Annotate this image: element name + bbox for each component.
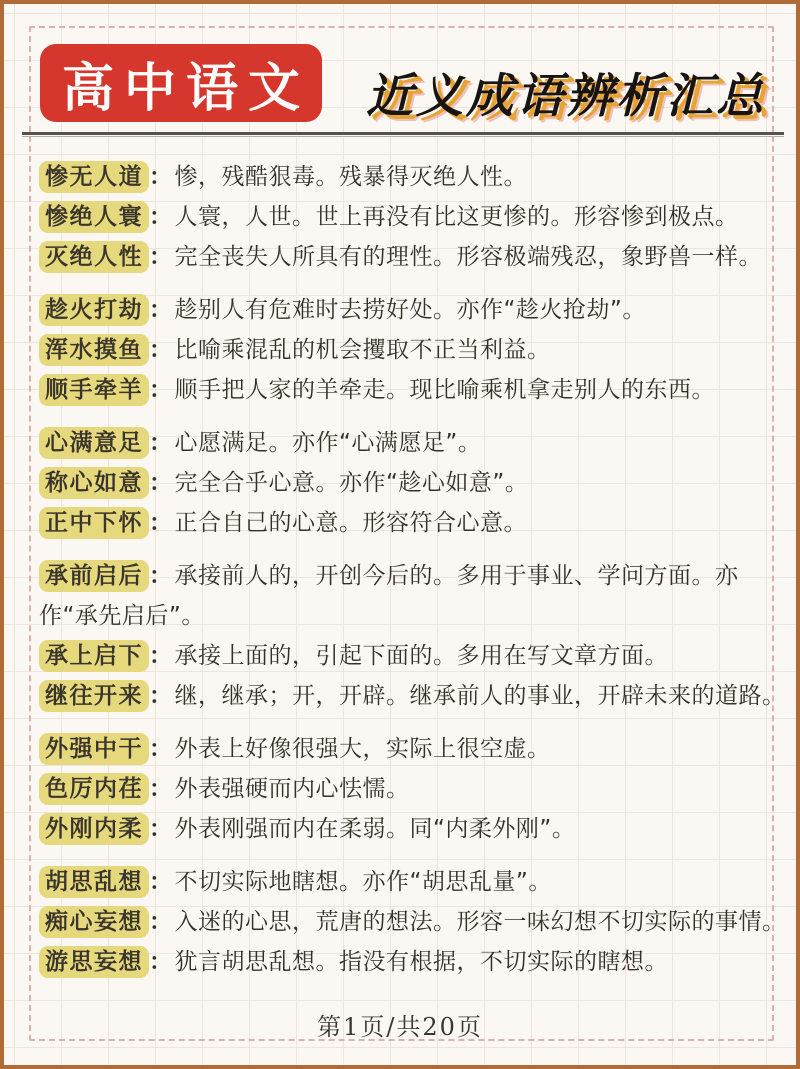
study-sheet-page: 高中语文 近义成语辨析汇总 惨无人道：惨，残酷狠毒。残暴得灭绝人性。 惨绝人寰：… xyxy=(0,0,800,1069)
header-divider xyxy=(22,132,784,137)
idiom-term: 顺手牵羊 xyxy=(39,374,149,406)
separator-colon: ： xyxy=(149,510,175,536)
idiom-entry: 承前启后：承接前人的，开创今后的。多用于事业、学问方面。亦作“承先启后”。 xyxy=(39,556,791,636)
idiom-definition: 入迷的心思，荒唐的想法。形容一味幻想不切实际的事情。 xyxy=(175,909,786,935)
idiom-definition: 完全丧失人所具有的理性。形容极端残忍，象野兽一样。 xyxy=(175,244,763,270)
idiom-term: 色厉内荏 xyxy=(39,773,149,805)
separator-colon: ： xyxy=(149,776,175,802)
idiom-entry: 胡思乱想：不切实际地瞎想。亦作“胡思乱量”。 xyxy=(39,862,791,902)
idiom-entry: 外强中干：外表上好像很强大，实际上很空虚。 xyxy=(39,729,791,769)
idiom-definition: 不切实际地瞎想。亦作“胡思乱量”。 xyxy=(175,869,552,895)
idiom-group-1: 惨无人道：惨，残酷狠毒。残暴得灭绝人性。 惨绝人寰：人寰，人世。世上再没有比这更… xyxy=(39,157,791,277)
idiom-definition: 心愿满足。亦作“心满愿足”。 xyxy=(175,430,482,456)
idiom-entry: 顺手牵羊：顺手把人家的羊牵走。现比喻乘机拿走别人的东西。 xyxy=(39,370,791,410)
idiom-group-5: 外强中干：外表上好像很强大，实际上很空虚。 色厉内荏：外表强硬而内心怯懦。 外刚… xyxy=(39,729,791,849)
separator-colon: ： xyxy=(149,297,175,323)
idiom-term: 游思妄想 xyxy=(39,946,149,978)
idiom-definition: 犹言胡思乱想。指没有根据，不切实际的瞎想。 xyxy=(175,949,669,975)
idiom-definition: 承接上面的，引起下面的。多用在写文章方面。 xyxy=(175,643,669,669)
idiom-entry: 浑水摸鱼：比喻乘混乱的机会攫取不正当利益。 xyxy=(39,330,791,370)
idiom-entry: 承上启下：承接上面的，引起下面的。多用在写文章方面。 xyxy=(39,636,791,676)
idiom-term: 心满意足 xyxy=(39,427,149,459)
idiom-definition: 正合自己的心意。形容符合心意。 xyxy=(175,510,528,536)
separator-colon: ： xyxy=(149,430,175,456)
idiom-definition: 比喻乘混乱的机会攫取不正当利益。 xyxy=(175,337,551,363)
idiom-term: 惨无人道 xyxy=(39,161,149,193)
separator-colon: ： xyxy=(149,683,175,709)
idiom-entry: 心满意足：心愿满足。亦作“心满愿足”。 xyxy=(39,423,791,463)
separator-colon: ： xyxy=(149,736,175,762)
idiom-entry: 称心如意：完全合乎心意。亦作“趁心如意”。 xyxy=(39,463,791,503)
idiom-definition: 外表强硬而内心怯懦。 xyxy=(175,776,410,802)
idiom-entry: 色厉内荏：外表强硬而内心怯懦。 xyxy=(39,769,791,809)
idiom-term: 痴心妄想 xyxy=(39,906,149,938)
separator-colon: ： xyxy=(149,470,175,496)
separator-colon: ： xyxy=(149,377,175,403)
idiom-term: 趁火打劫 xyxy=(39,294,149,326)
idiom-term: 灭绝人性 xyxy=(39,241,149,273)
idiom-term: 正中下怀 xyxy=(39,507,149,539)
separator-colon: ： xyxy=(149,909,175,935)
idiom-group-3: 心满意足：心愿满足。亦作“心满愿足”。 称心如意：完全合乎心意。亦作“趁心如意”… xyxy=(39,423,791,543)
separator-colon: ： xyxy=(149,869,175,895)
idiom-entry: 惨无人道：惨，残酷狠毒。残暴得灭绝人性。 xyxy=(39,157,791,197)
idiom-entry: 外刚内柔：外表刚强而内在柔弱。同“内柔外刚”。 xyxy=(39,809,791,849)
idiom-entry: 惨绝人寰：人寰，人世。世上再没有比这更惨的。形容惨到极点。 xyxy=(39,197,791,237)
idiom-entry: 游思妄想：犹言胡思乱想。指没有根据，不切实际的瞎想。 xyxy=(39,942,791,982)
separator-colon: ： xyxy=(149,563,175,589)
idiom-definition: 继，继承；开，开辟。继承前人的事业，开辟未来的道路。 xyxy=(175,683,786,709)
idiom-definition: 外表上好像很强大，实际上很空虚。 xyxy=(175,736,551,762)
idiom-list: 惨无人道：惨，残酷狠毒。残暴得灭绝人性。 惨绝人寰：人寰，人世。世上再没有比这更… xyxy=(39,157,791,995)
idiom-definition: 完全合乎心意。亦作“趁心如意”。 xyxy=(175,470,529,496)
idiom-group-4: 承前启后：承接前人的，开创今后的。多用于事业、学问方面。亦作“承先启后”。 承上… xyxy=(39,556,791,716)
separator-colon: ： xyxy=(149,643,175,669)
idiom-definition: 外表刚强而内在柔弱。同“内柔外刚”。 xyxy=(175,816,576,842)
idiom-term: 惨绝人寰 xyxy=(39,201,149,233)
idiom-entry: 正中下怀：正合自己的心意。形容符合心意。 xyxy=(39,503,791,543)
page-number: 第1页/共20页 xyxy=(4,1007,796,1042)
separator-colon: ： xyxy=(149,949,175,975)
separator-colon: ： xyxy=(149,204,175,230)
separator-colon: ： xyxy=(149,164,175,190)
subject-badge: 高中语文 xyxy=(40,44,322,122)
separator-colon: ： xyxy=(149,244,175,270)
idiom-entry: 痴心妄想：入迷的心思，荒唐的想法。形容一味幻想不切实际的事情。 xyxy=(39,902,791,942)
idiom-definition: 顺手把人家的羊牵走。现比喻乘机拿走别人的东西。 xyxy=(175,377,716,403)
idiom-term: 胡思乱想 xyxy=(39,866,149,898)
idiom-entry: 趁火打劫：趁别人有危难时去捞好处。亦作“趁火抢劫”。 xyxy=(39,290,791,330)
idiom-term: 外强中干 xyxy=(39,733,149,765)
idiom-group-6: 胡思乱想：不切实际地瞎想。亦作“胡思乱量”。 痴心妄想：入迷的心思，荒唐的想法。… xyxy=(39,862,791,982)
subject-badge-label: 高中语文 xyxy=(52,46,310,121)
idiom-term: 外刚内柔 xyxy=(39,813,149,845)
idiom-term: 称心如意 xyxy=(39,467,149,499)
separator-colon: ： xyxy=(149,816,175,842)
idiom-term: 继往开来 xyxy=(39,680,149,712)
separator-colon: ： xyxy=(149,337,175,363)
idiom-term: 承上启下 xyxy=(39,640,149,672)
idiom-definition: 人寰，人世。世上再没有比这更惨的。形容惨到极点。 xyxy=(175,204,739,230)
page-title: 近义成语辨析汇总 xyxy=(342,60,790,124)
idiom-entry: 继往开来：继，继承；开，开辟。继承前人的事业，开辟未来的道路。 xyxy=(39,676,791,716)
idiom-definition: 趁别人有危难时去捞好处。亦作“趁火抢劫”。 xyxy=(175,297,646,323)
idiom-definition: 惨，残酷狠毒。残暴得灭绝人性。 xyxy=(175,164,528,190)
idiom-term: 承前启后 xyxy=(39,560,149,592)
idiom-group-2: 趁火打劫：趁别人有危难时去捞好处。亦作“趁火抢劫”。 浑水摸鱼：比喻乘混乱的机会… xyxy=(39,290,791,410)
idiom-term: 浑水摸鱼 xyxy=(39,334,149,366)
idiom-entry: 灭绝人性：完全丧失人所具有的理性。形容极端残忍，象野兽一样。 xyxy=(39,237,791,277)
